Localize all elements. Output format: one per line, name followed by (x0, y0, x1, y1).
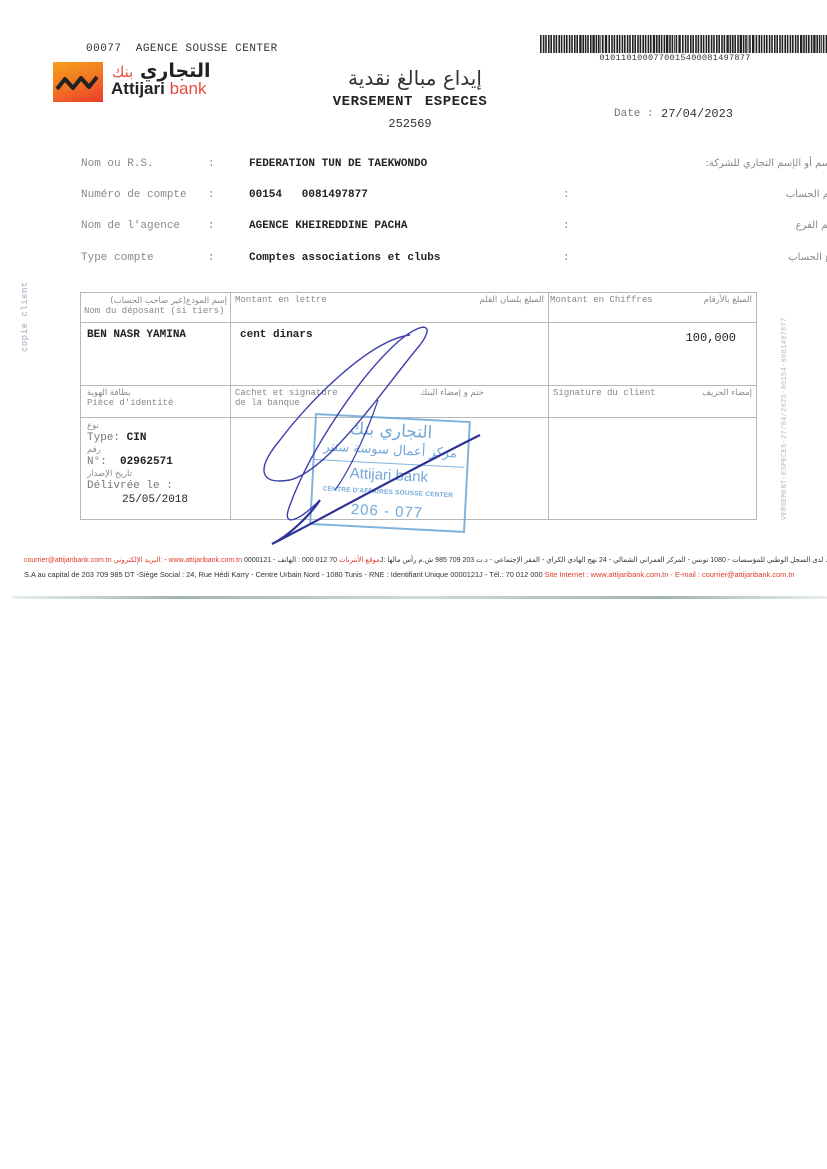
id-details-cell: نوع Type: CIN رقم N°: 02962571 تاريخ الإ… (81, 418, 231, 520)
amount-words-header-cell: Montant en lettre المبلغ بلسان القلم (231, 293, 549, 323)
client-signature-area (549, 418, 757, 520)
info-label: Numéro de compte (81, 189, 211, 201)
id-date-ar: تاريخ الإصدار (87, 469, 224, 479)
client-sign-header-fr: Signature du client (553, 388, 656, 398)
agency-header: 00077 AGENCE SOUSSE CENTER (86, 43, 278, 55)
info-colon: : (208, 158, 215, 170)
date-label: Date : (614, 108, 654, 120)
agency-name-value: AGENCE KHEIREDDINE PACHA (249, 220, 407, 232)
id-type-value: CIN (127, 432, 147, 444)
amount-digits-value-cell: 100,000 (549, 323, 757, 386)
footer-email-ar: البريد الإلكتروني: (114, 557, 163, 564)
brand-name-latin: Attijari bank (111, 79, 206, 99)
id-type-label: Type: (87, 432, 120, 444)
vertical-reference-text: VERSEMENT-ESPECES-27/04/2023-00154-00814… (781, 317, 789, 520)
footer-arabic-legal: 70 012 000 : الهاتف - 0000121J: المعرّف … (244, 557, 827, 564)
footer-website[interactable]: www.attijaribank.com.tn (168, 557, 242, 564)
account-holder-name: FEDERATION TUN DE TAEKWONDO (249, 158, 427, 170)
id-header-cell: بطاقة الهوية Pièce d'identité (81, 386, 231, 418)
depositor-value-cell: BEN NASR YAMINA (81, 323, 231, 386)
info-label-ar: رقم الحساب (559, 189, 827, 200)
footer-line-2: S.A au capital de 203 709 985 DT -Siège … (24, 570, 824, 579)
amount-in-digits: 100,000 (549, 323, 756, 345)
amount-words-header-ar: المبلغ بلسان القلم (480, 295, 545, 305)
date-value: 27/04/2023 (661, 107, 733, 121)
id-number-label: N°: (87, 456, 107, 468)
amount-words-header-fr: Montant en lettre (235, 295, 327, 305)
agency-code: 00077 (86, 43, 122, 55)
info-label-ar: إسم الفرع (559, 220, 827, 231)
barcode (540, 35, 827, 53)
footer-line-1: courrier@attijaribank.com.tn البريد الإل… (24, 556, 824, 564)
footer-email[interactable]: courrier@attijaribank.com.tn (24, 557, 112, 564)
id-date-value: 25/05/2018 (87, 494, 188, 506)
document-number: 252569 (290, 117, 530, 131)
agency-name: AGENCE SOUSSE CENTER (136, 43, 278, 55)
title-fr-word-2: ESPECES (425, 94, 487, 110)
id-type-ar: نوع (87, 421, 224, 431)
attijari-logo-icon (53, 62, 103, 102)
footer-website-ar: موقع الأنترنات (339, 557, 380, 564)
depositor-header-fr: Nom du déposant (si tiers) (84, 306, 227, 316)
info-label: Nom de l'agence (81, 220, 211, 232)
title-arabic: إيداع مبالغ نقدية (290, 66, 540, 90)
footer-legal-text: S.A au capital de 203 709 985 DT -Siège … (24, 570, 543, 579)
brand-lat-suffix: bank (170, 79, 207, 98)
account-type-value: Comptes associations et clubs (249, 252, 440, 264)
id-header-ar: بطاقة الهوية (87, 388, 224, 398)
info-colon: : (208, 189, 215, 201)
client-signature-header-cell: Signature du client إمضاء الحريف (549, 386, 757, 418)
id-date-label: Délivrée le : (87, 480, 173, 492)
info-label: Nom ou R.S. (81, 158, 211, 170)
copy-client-label: copie client (20, 281, 30, 352)
info-label-ar: الإسم أو الإسم التجاري للشركة: (559, 158, 827, 169)
depositor-header-ar: إسم المودع(غير صاحب الحساب) (84, 296, 227, 306)
info-colon: : (208, 220, 215, 232)
info-label-ar: نوع الحساب (559, 252, 827, 263)
info-colon: : (208, 252, 215, 264)
footer-contact-links[interactable]: Site Internet : www.attijaribank.com.tn … (545, 570, 795, 579)
id-number-value: 02962571 (120, 456, 173, 468)
id-header-fr: Pièce d'identité (87, 398, 224, 408)
brand-lat-main: Attijari (111, 79, 165, 98)
barcode-digits: 0101101000770015400081497877 (540, 53, 810, 63)
client-sign-header-ar: إمضاء الحريف (702, 388, 752, 398)
handwritten-signature (250, 320, 490, 550)
amount-digits-header-ar: المبلغ بالأرقام (704, 295, 752, 305)
account-number: 00154 0081497877 (249, 189, 368, 201)
amount-digits-header-cell: Montant en Chiffres المبلغ بالأرقام (549, 293, 757, 323)
info-label: Type compte (81, 252, 211, 264)
depositor-name: BEN NASR YAMINA (81, 323, 230, 347)
footer-divider (12, 596, 827, 599)
title-fr-word-1: VERSEMENT (333, 94, 413, 110)
depositor-header-cell: إسم المودع(غير صاحب الحساب) Nom du dépos… (81, 293, 231, 323)
title-french: VERSEMENTESPECES (290, 94, 530, 110)
id-number-ar: رقم (87, 445, 224, 455)
amount-digits-header-fr: Montant en Chiffres (550, 295, 653, 305)
